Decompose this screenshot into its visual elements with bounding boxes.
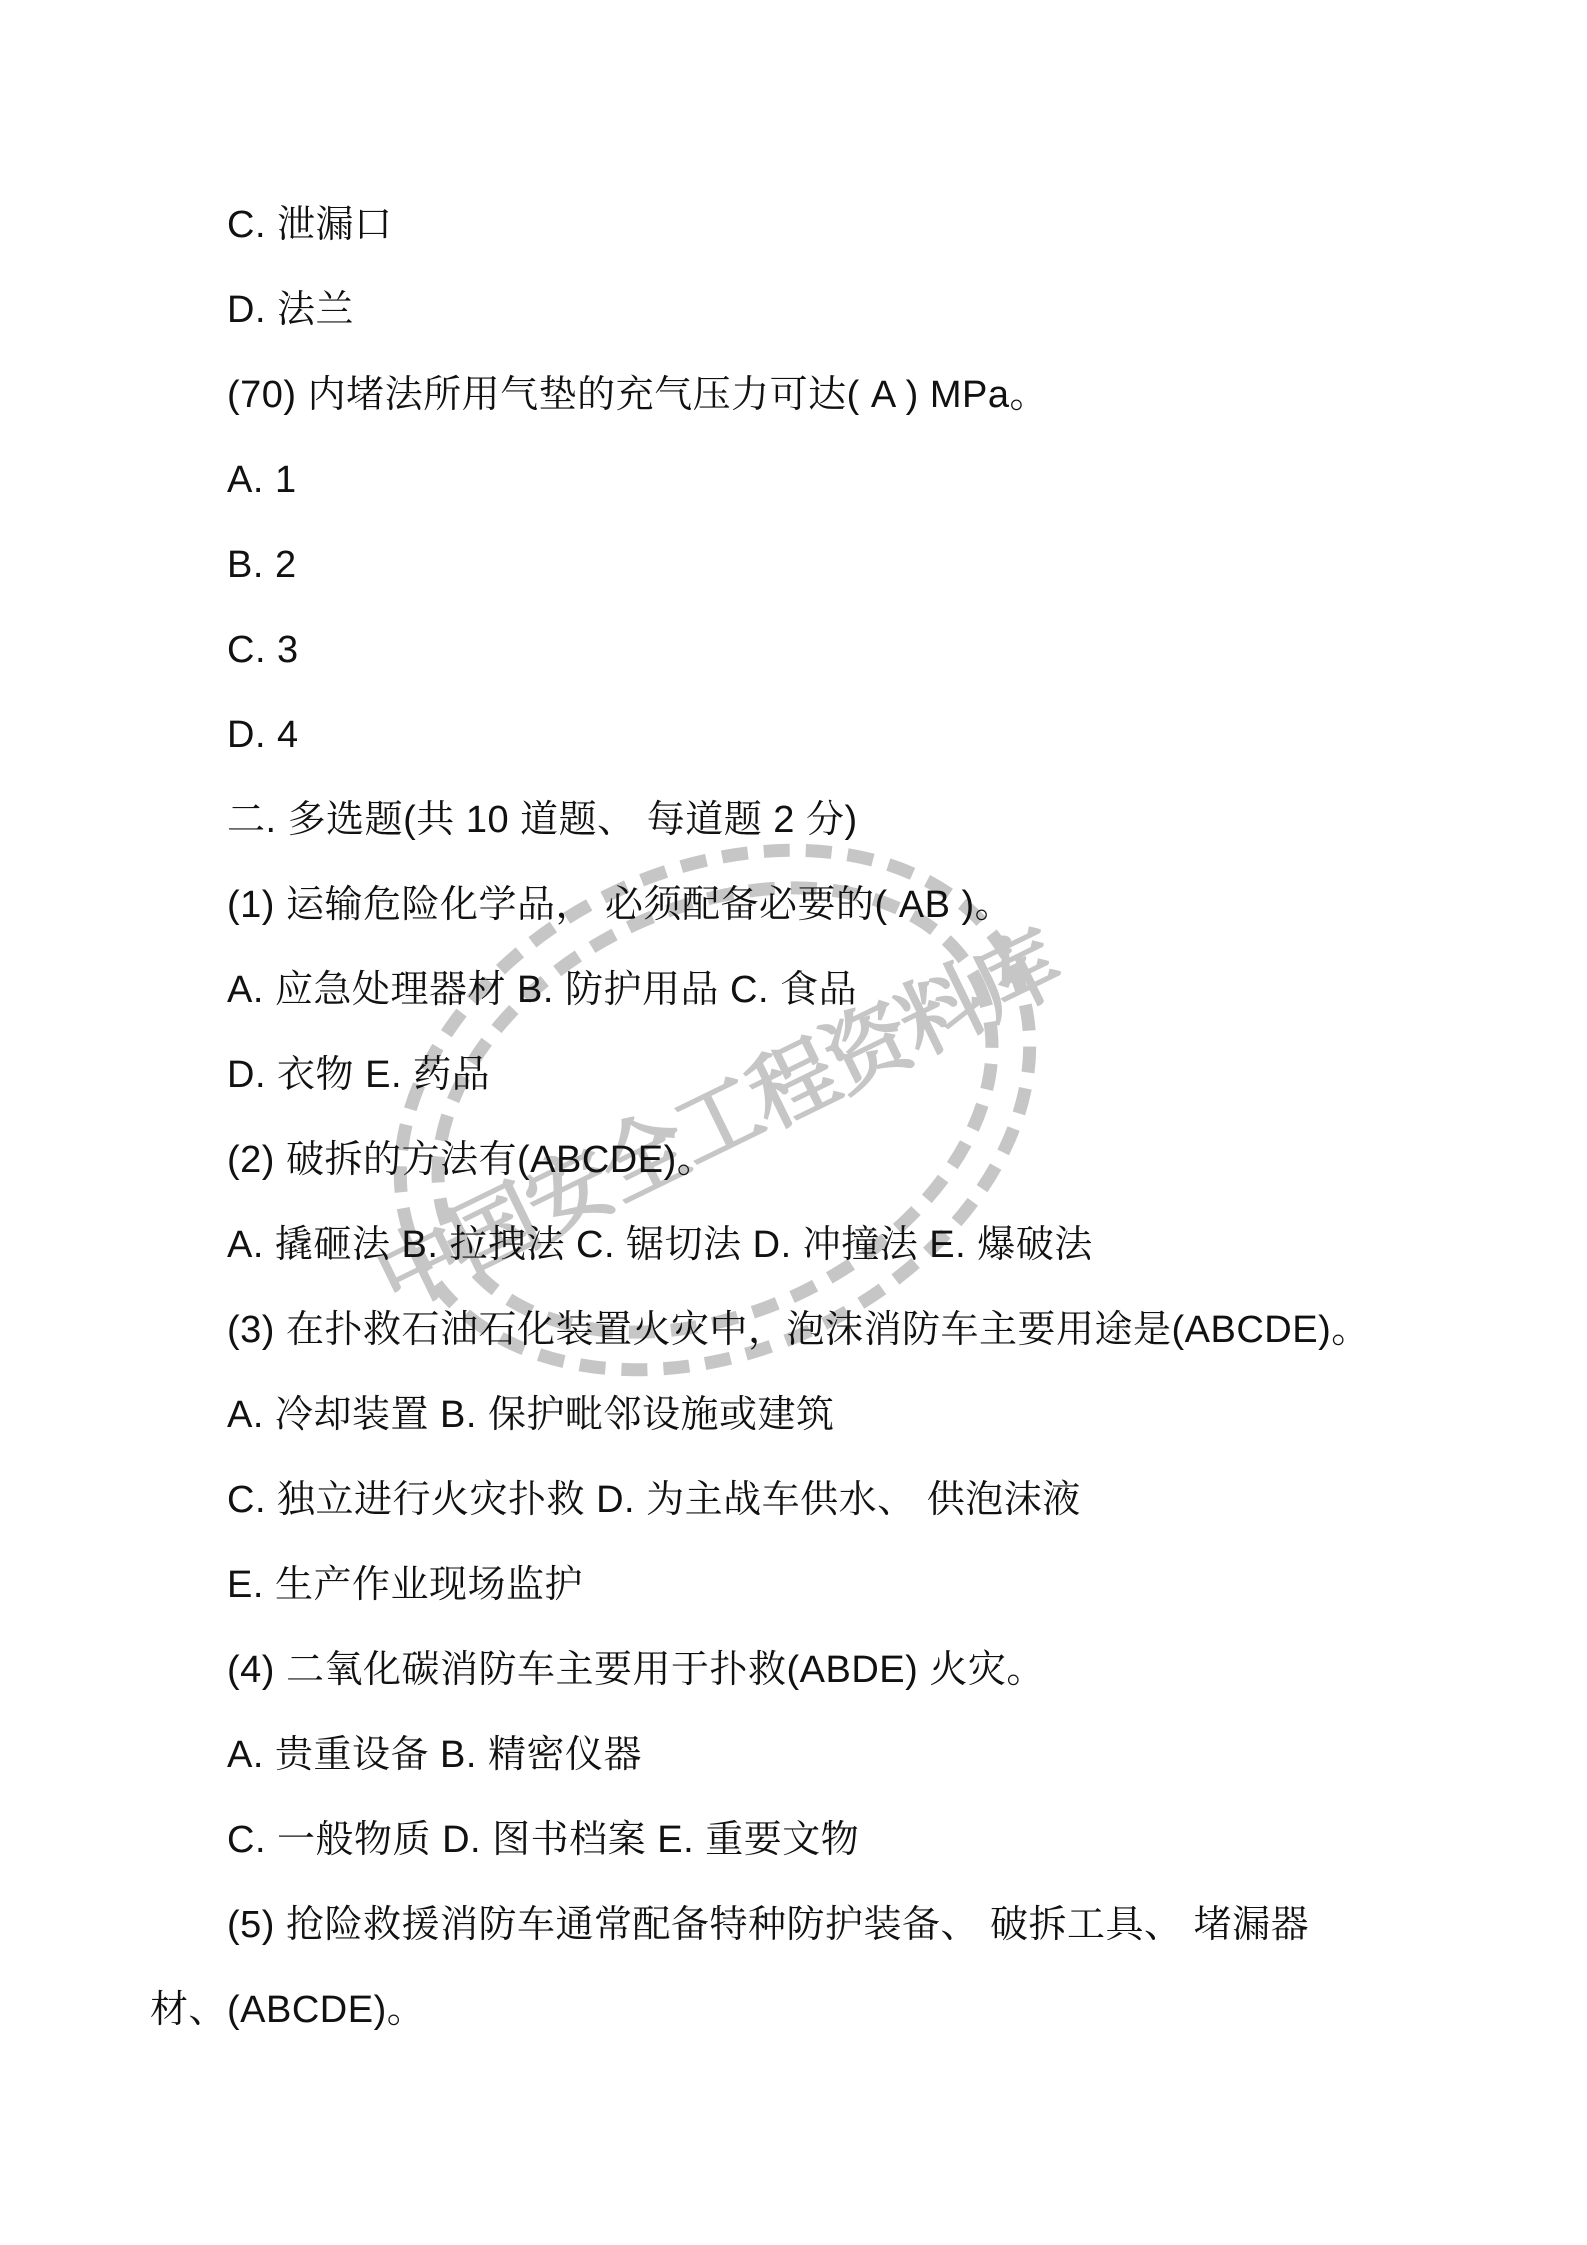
document-line: A. 撬砸法 B. 拉拽法 C. 锯切法 D. 冲撞法 E. 爆破法: [150, 1203, 1467, 1288]
document-line: (5) 抢险救援消防车通常配备特种防护装备、 破拆工具、 堵漏器: [150, 1883, 1467, 1968]
document-line: C. 泄漏口: [150, 183, 1467, 268]
document-line: 材、(ABCDE)。: [150, 1968, 1467, 2053]
section-heading: 二. 多选题(共 10 道题、 每道题 2 分): [150, 778, 1467, 863]
document-line: (2) 破拆的方法有(ABCDE)。: [150, 1118, 1467, 1203]
document-line: D. 4: [150, 693, 1467, 778]
document-line: A. 贵重设备 B. 精密仪器: [150, 1713, 1467, 1798]
document-line: C. 一般物质 D. 图书档案 E. 重要文物: [150, 1798, 1467, 1883]
document-content: C. 泄漏口 D. 法兰 (70) 内堵法所用气垫的充气压力可达( A ) MP…: [150, 183, 1467, 2053]
document-line: (70) 内堵法所用气垫的充气压力可达( A ) MPa。: [150, 353, 1467, 438]
document-line: C. 独立进行火灾扑救 D. 为主战车供水、 供泡沫液: [150, 1458, 1467, 1543]
exam-document-page: 中国安全工程资料库 C. 泄漏口 D. 法兰 (70) 内堵法所用气垫的充气压力…: [0, 0, 1587, 2245]
document-line: (3) 在扑救石油石化装置火灾中，泡沫消防车主要用途是(ABCDE)。: [150, 1288, 1467, 1373]
document-line: A. 1: [150, 438, 1467, 523]
document-line: (1) 运输危险化学品， 必须配备必要的( AB )。: [150, 863, 1467, 948]
document-line: A. 冷却装置 B. 保护毗邻设施或建筑: [150, 1373, 1467, 1458]
document-line: D. 法兰: [150, 268, 1467, 353]
document-line: A. 应急处理器材 B. 防护用品 C. 食品: [150, 948, 1467, 1033]
document-line: E. 生产作业现场监护: [150, 1543, 1467, 1628]
document-line: B. 2: [150, 523, 1467, 608]
document-line: (4) 二氧化碳消防车主要用于扑救(ABDE) 火灾。: [150, 1628, 1467, 1713]
document-line: C. 3: [150, 608, 1467, 693]
document-line: D. 衣物 E. 药品: [150, 1033, 1467, 1118]
